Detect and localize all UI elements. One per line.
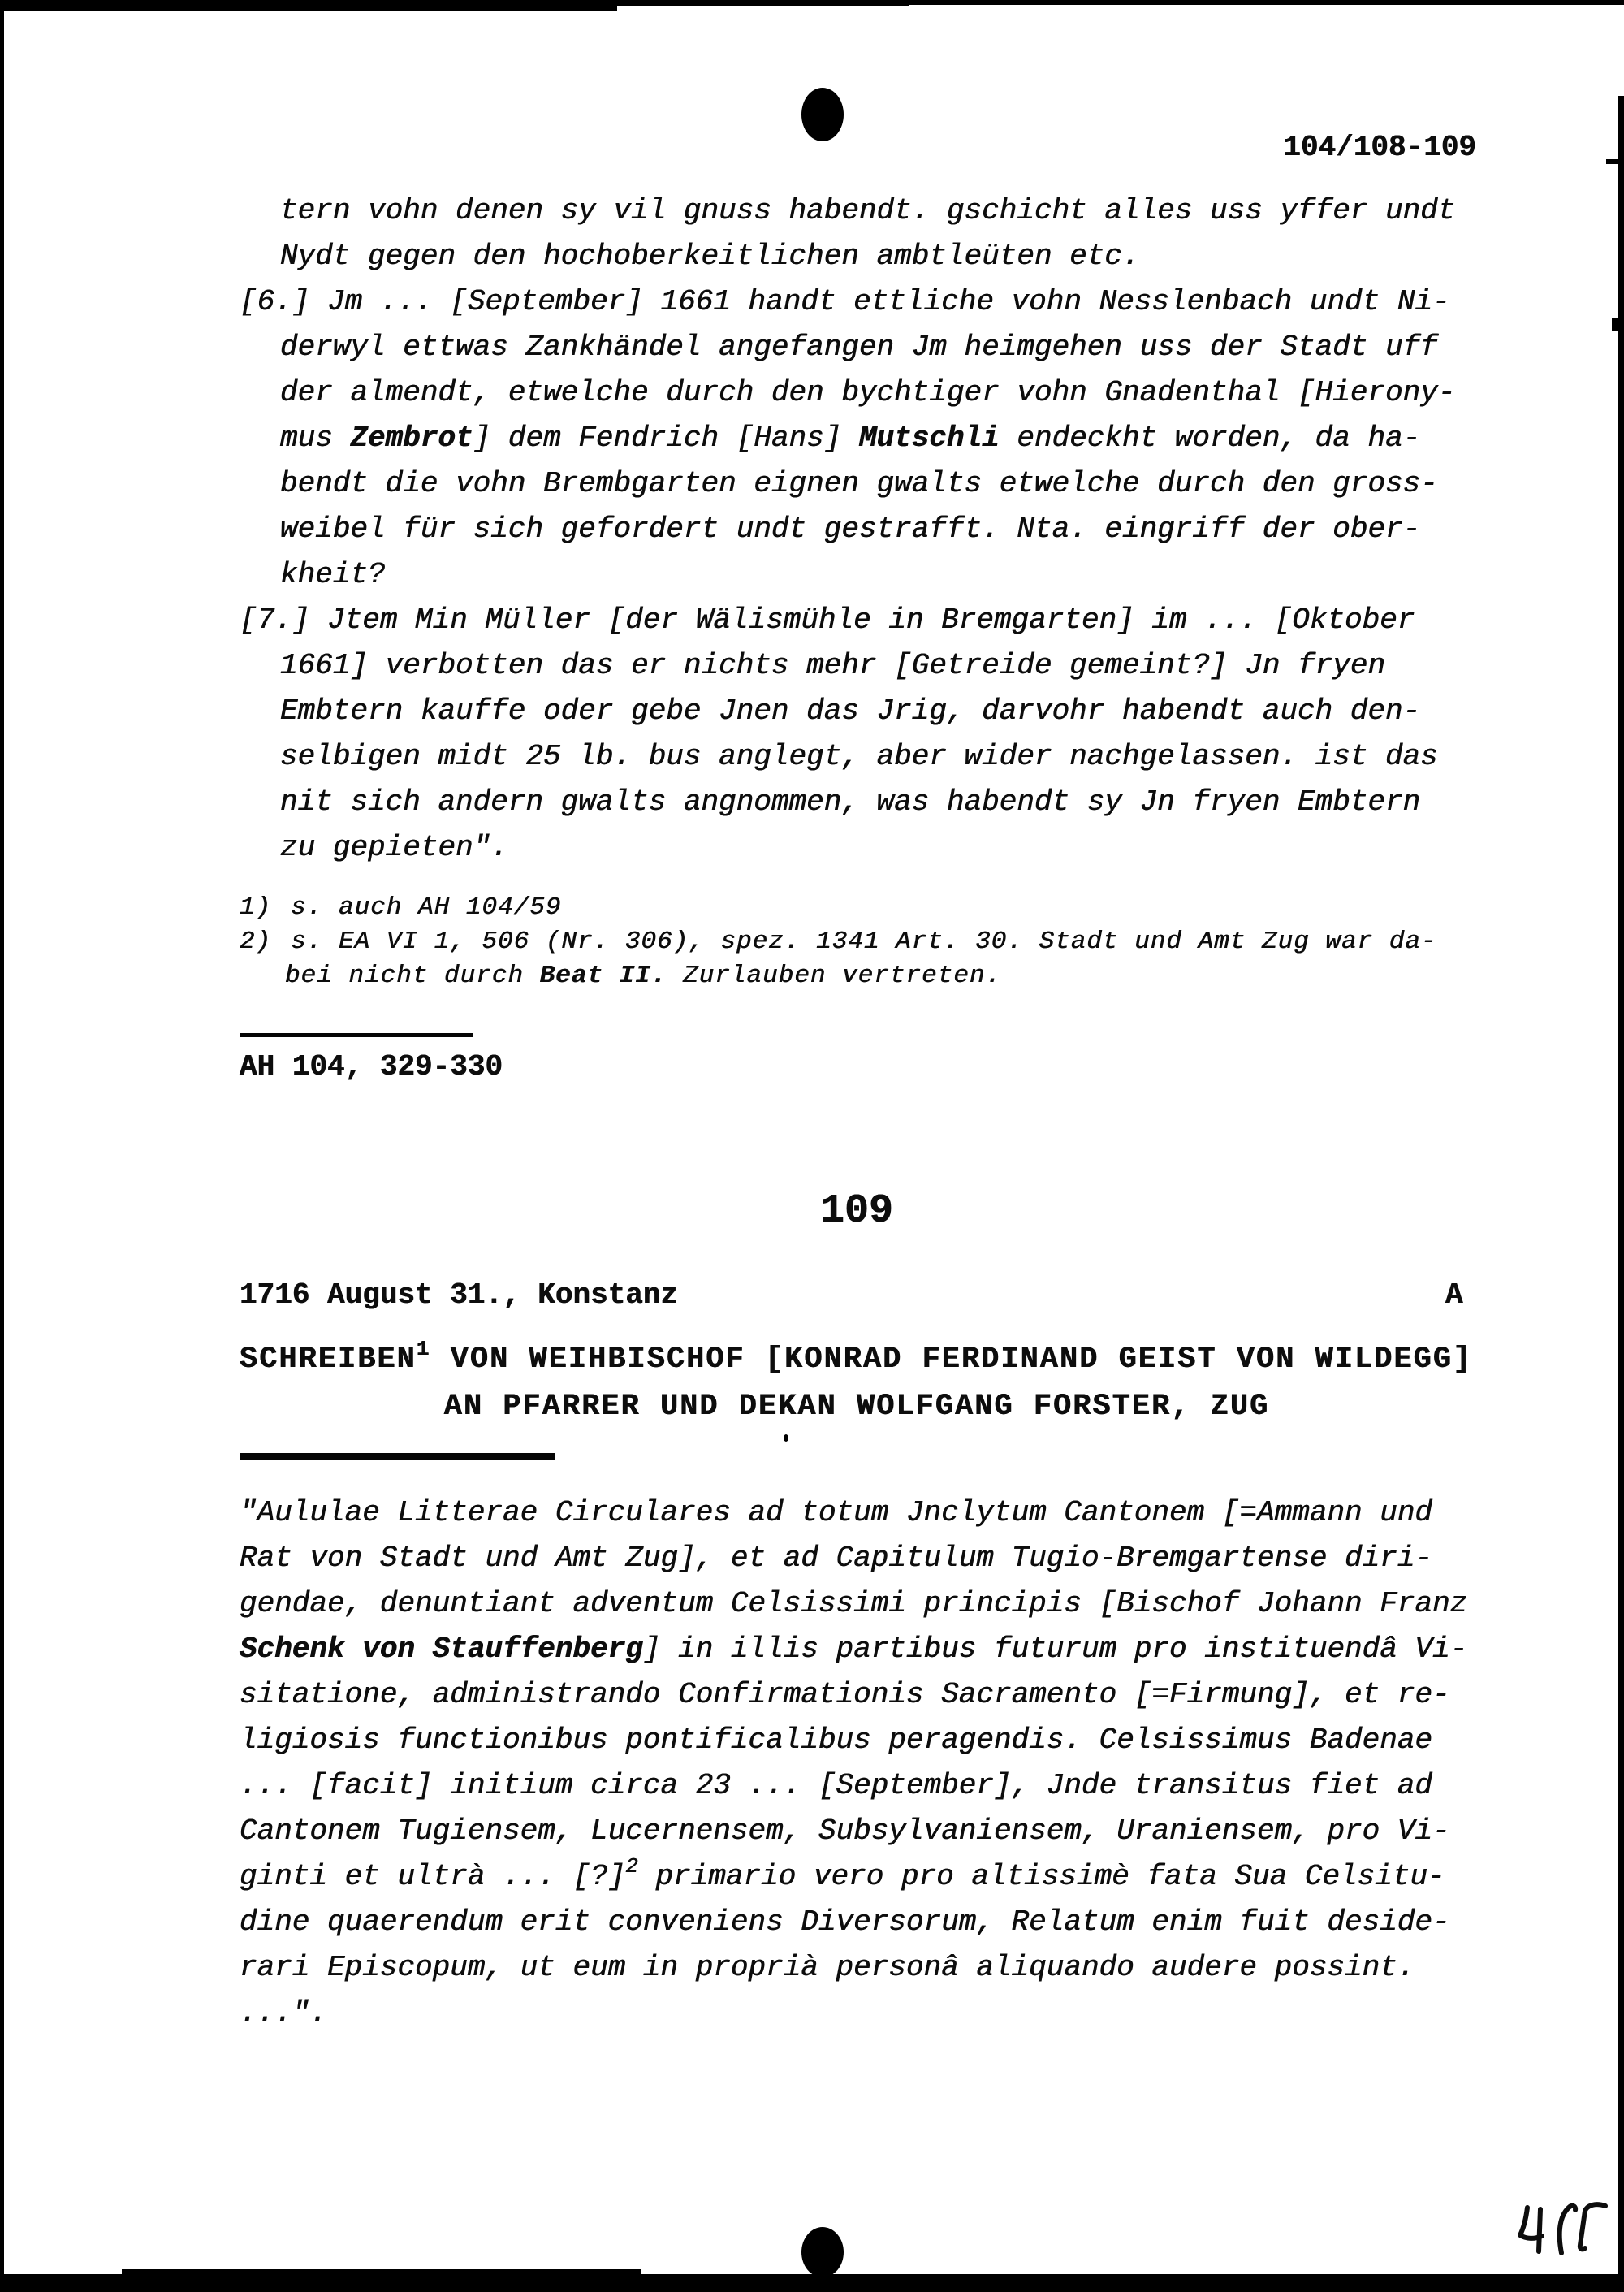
body-text: mus [280,422,350,455]
scan-edge-top-mid [568,0,909,6]
punch-hole-mark-bottom [801,2227,844,2277]
body-line: 1661] verbotten das er nichts mehr [Getr… [280,651,1385,681]
footnote-text: s. EA VI 1, 506 (Nr. 306), spez. 1341 Ar… [291,928,1436,956]
scan-artifact-dot [784,1434,788,1442]
body-line: Cantonem Tugiensem, Lucernensem, Subsylv… [240,1817,1450,1846]
body-text: primario vero pro altissimè fata Sua Cel… [638,1860,1445,1893]
body-line: derwyl ettwas Zankhändel angefangen Jm h… [280,333,1438,362]
body-line: ligiosis functionibus pontificalibus per… [240,1726,1432,1755]
person-name: Schenk von Stauffenberg [240,1633,643,1666]
footnote-marker: 2) [240,928,271,956]
body-line: "Aululae Litterae Circulares ad totum Jn… [240,1498,1432,1528]
entry-heading-line1: SCHREIBEN1 VON WEIHBISCHOF [KONRAD FERDI… [240,1345,1472,1375]
body-line: Nydt gegen den hochoberkeitlichen ambtle… [280,242,1140,271]
scan-edge-right [1618,96,1624,2292]
body-line: Schenk von Stauffenberg] in illis partib… [240,1635,1467,1664]
body-line: bendt die vohn Brembgarten eignen gwalts… [280,469,1438,499]
scan-edge-bottom-bump [122,2269,641,2277]
scan-edge-top-thick [0,0,617,11]
heading-underline-rule [240,1453,555,1460]
body-line: [6.] Jm ... [September] 1661 handt ettli… [240,288,1450,317]
body-text: ginti et ultrà ... [?] [240,1860,625,1893]
archive-reference: AH 104, 329-330 [240,1053,503,1082]
body-text: endeckht worden, da ha- [1000,422,1420,455]
body-line: gendae, denuntiant adventum Celsissimi p… [240,1589,1467,1619]
body-line: der almendt, etwelche durch den bychtige… [280,378,1455,408]
footnote-reference-sup: 1 [417,1337,431,1361]
page-header-reference: 104/108-109 [1056,133,1476,162]
entry-date-place: 1716 August 31., Konstanz [240,1281,678,1310]
body-line: [7.] Jtem Min Müller [der Wälismühle in … [240,606,1415,635]
footnote-reference-sup: 2 [625,1854,638,1879]
body-text: ] in illis partibus futurum pro institue… [643,1633,1467,1666]
body-line: zu gepieten". [280,833,508,863]
body-text: ] dem Fendrich [Hans] [473,422,859,455]
body-line: dine quaerendum erit conveniens Diversor… [240,1908,1450,1937]
heading-word: SCHREIBEN [240,1343,417,1377]
footnote-2: 2)s. EA VI 1, 506 (Nr. 306), spez. 1341 … [240,929,1437,954]
entry-number: 109 [240,1191,1474,1232]
scan-artifact-tick [1606,159,1621,164]
body-line: mus Zembrot] dem Fendrich [Hans] Mutschl… [280,424,1420,453]
body-line: weibel für sich gefordert undt gestrafft… [280,515,1420,544]
person-name: Zembrot [350,422,473,455]
footnote-text: Zurlauben vertreten. [667,962,1001,990]
footnote-1: 1)s. auch AH 104/59 [240,895,561,920]
footnote-2-continuation: bei nicht durch Beat II. Zurlauben vertr… [285,963,1001,988]
punch-hole-mark-top [801,88,844,141]
body-line: ...". [240,1999,327,2028]
document-page: 104/108-109 tern vohn denen sy vil gnuss… [0,0,1624,2292]
body-line: nit sich andern gwalts angnommen, was ha… [280,788,1420,817]
entry-heading-line2: AN PFARRER UND DEKAN WOLFGANG FORSTER, Z… [240,1392,1474,1422]
body-line: sitatione, administrando Confirmationis … [240,1680,1450,1710]
person-name: Mutschli [859,422,1000,455]
body-line: ... [facit] initium circa 23 ... [Septem… [240,1771,1432,1801]
heading-rest: VON WEIHBISCHOF [KONRAD FERDINAND GEIST … [430,1343,1472,1377]
scan-edge-left [0,0,4,2292]
body-line: Rat von Stadt und Amt Zug], et ad Capitu… [240,1544,1432,1573]
handwritten-mark [1506,2185,1612,2274]
body-line: selbigen midt 25 lb. bus anglegt, aber w… [280,742,1438,772]
body-line: tern vohn denen sy vil gnuss habendt. gs… [280,197,1455,226]
marginal-letter: A [1445,1281,1463,1310]
scan-artifact-speck [1612,318,1618,331]
person-name: Beat II. [540,962,667,990]
footnote-text: bei nicht durch [285,962,540,990]
body-line: rari Episcopum, ut eum in proprià person… [240,1953,1415,1983]
footnote-text: s. auch AH 104/59 [291,893,561,922]
footnote-separator-rule [240,1033,473,1037]
body-line: kheit? [280,560,386,590]
body-line: ginti et ultrà ... [?]2 primario vero pr… [240,1862,1445,1892]
body-line: Embtern kauffe oder gebe Jnen das Jrig, … [280,697,1420,726]
footnote-marker: 1) [240,893,271,922]
